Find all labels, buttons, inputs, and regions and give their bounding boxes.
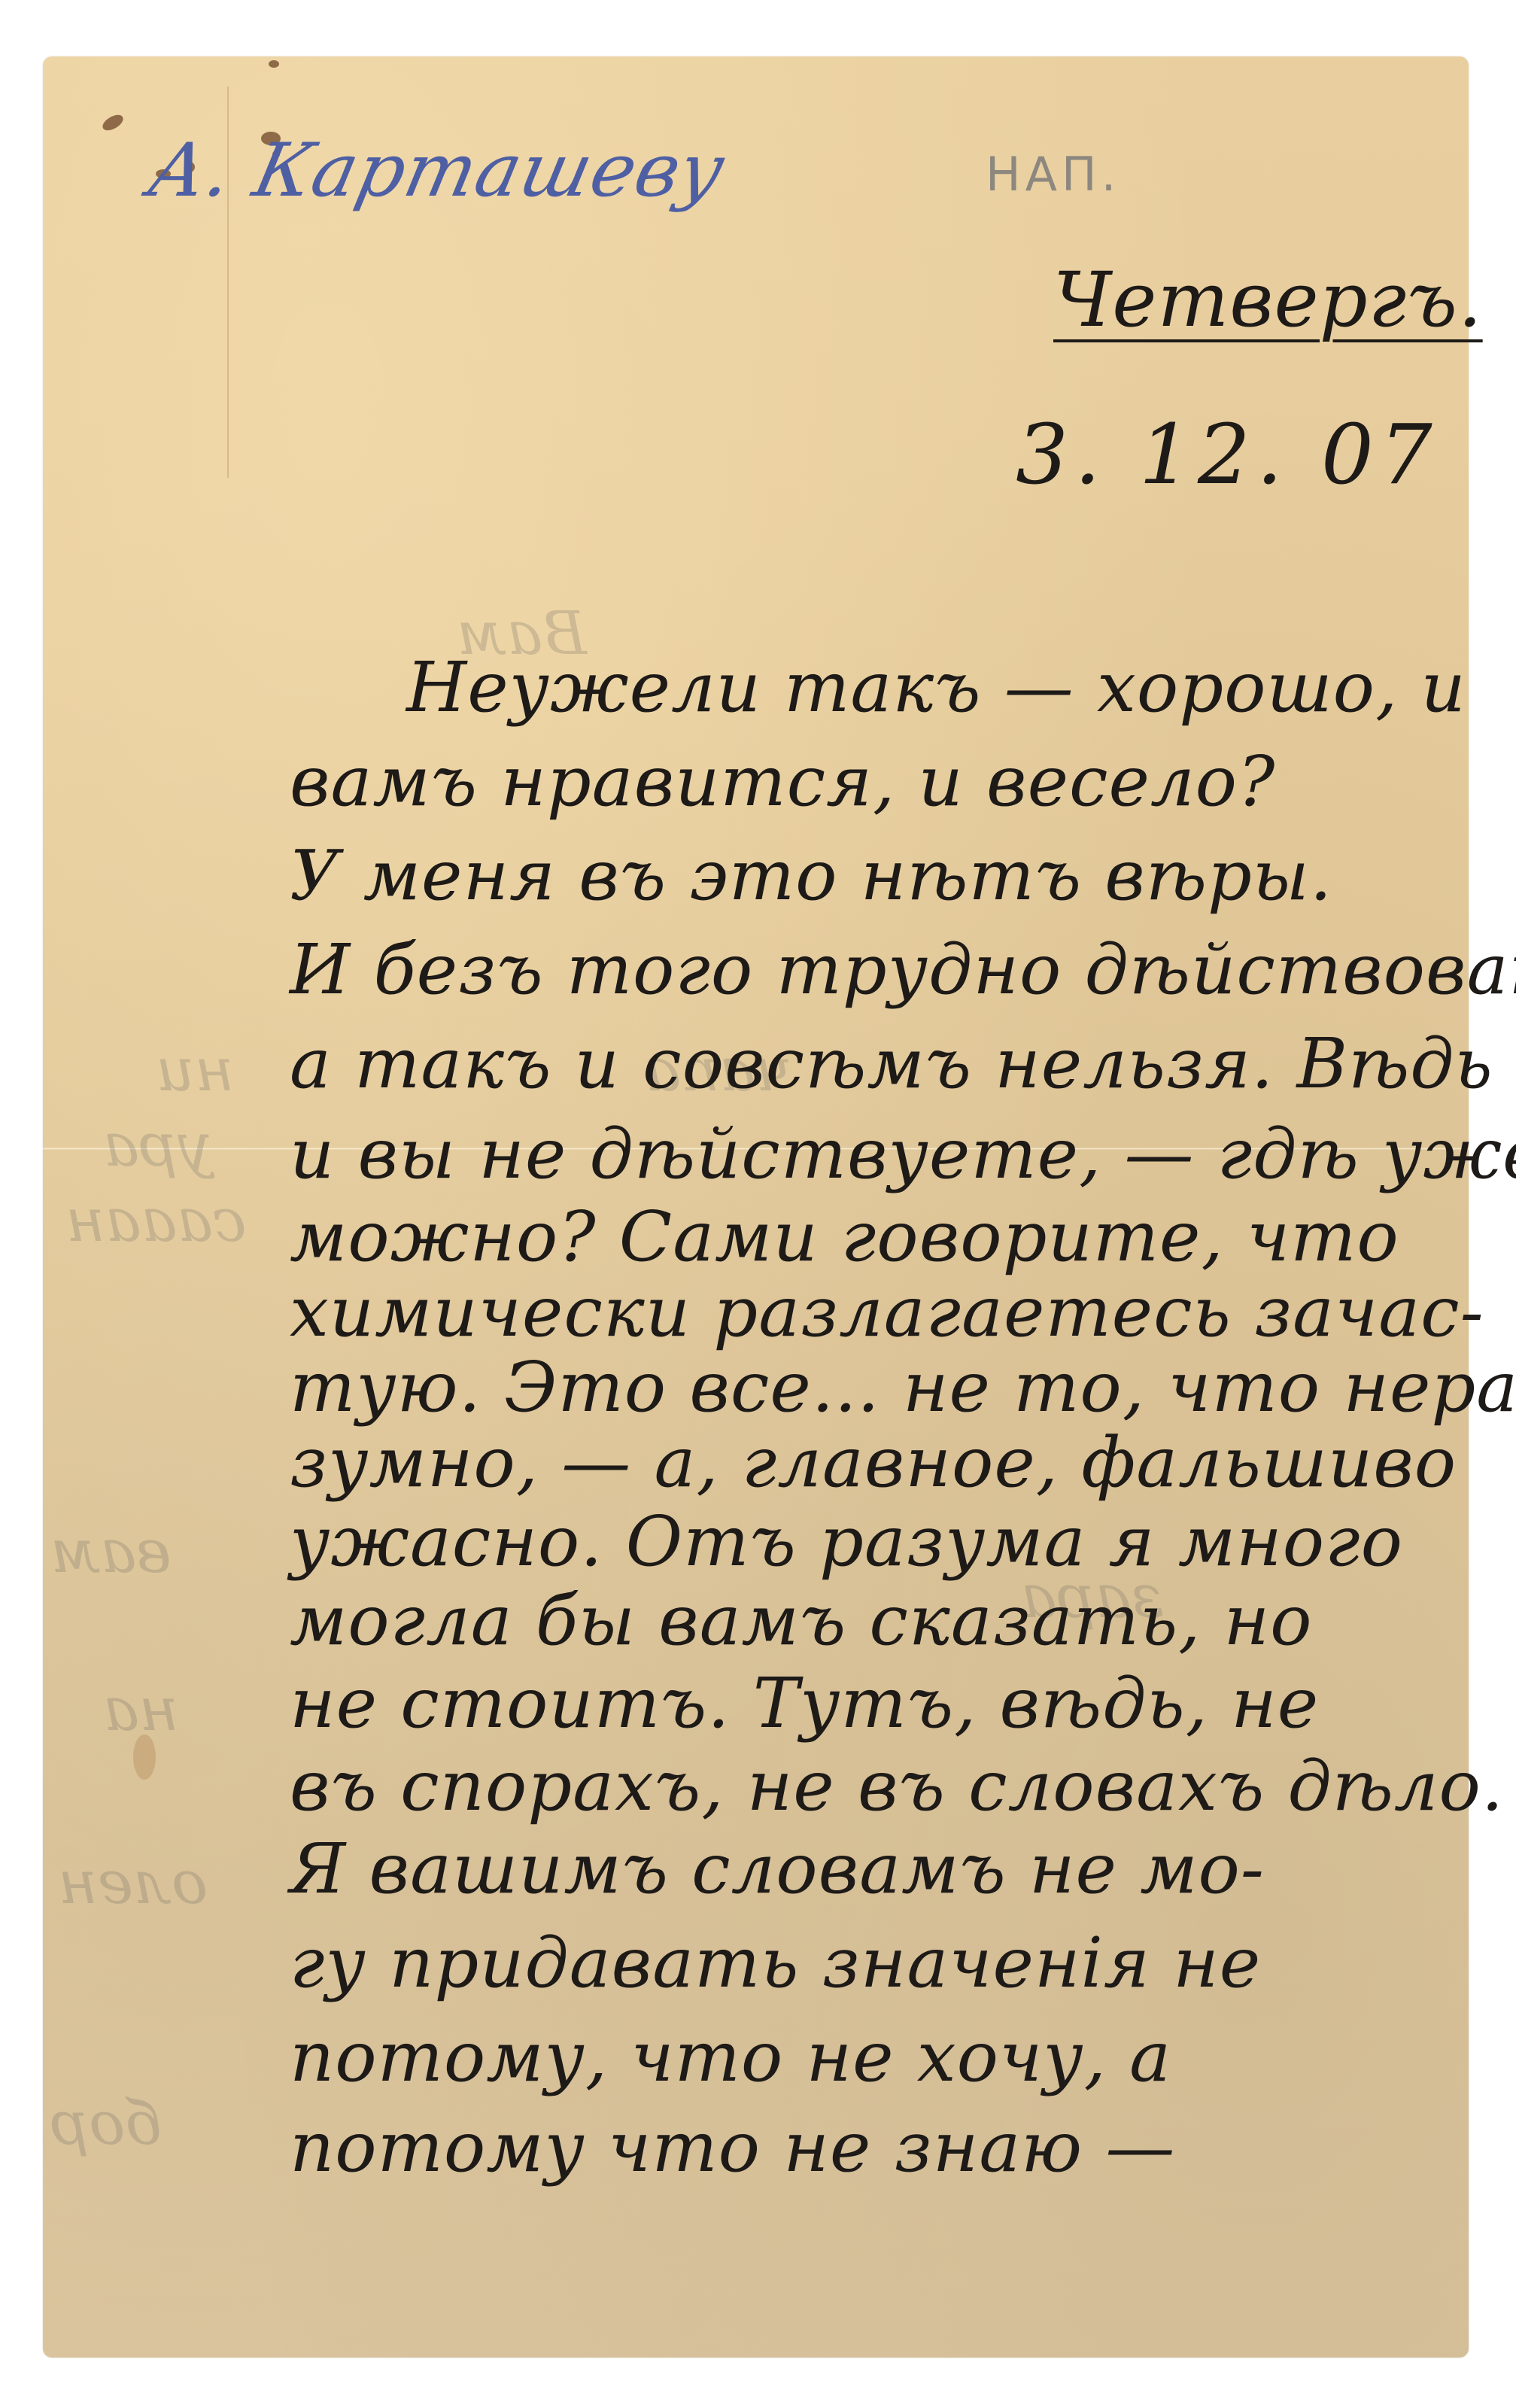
body-line: потому, что не хочу, а <box>290 2017 1171 2097</box>
letter-weekday: Четвергъ. <box>1053 256 1483 344</box>
body-line: зумно, — а, главное, фальшиво <box>290 1422 1457 1503</box>
bleed-through-text: ура <box>103 1110 212 1180</box>
bleed-through-text: сааан <box>65 1185 247 1255</box>
body-line: и вы не дѣйствуете, — гдѣ уже <box>290 1114 1516 1194</box>
body-line: въ спорахъ, не въ словахъ дѣло. <box>290 1746 1504 1826</box>
body-line: У меня въ это нѣтъ вѣры. <box>290 835 1332 916</box>
body-line: химически разлагаетесь зачас- <box>290 1272 1484 1352</box>
body-line: не стоитъ. Тутъ, вѣдь, не <box>290 1663 1319 1744</box>
letter-date: 3. 12. 07 <box>1016 406 1439 503</box>
body-line: могла бы вамъ сказать, но <box>290 1580 1313 1661</box>
body-line: вамъ нравится, и весело? <box>290 741 1275 822</box>
body-line: гу придавать значенія не <box>290 1923 1261 2003</box>
body-line: потому что не знаю — <box>290 2107 1175 2188</box>
ink-stain <box>100 112 126 134</box>
body-line: а такъ и совсѣмъ нельзя. Вѣдь <box>290 1023 1493 1104</box>
archive-mark: НАП. <box>986 147 1120 202</box>
body-line: тую. Это все... не то, что нера- <box>290 1347 1516 1427</box>
body-line: можно? Сами говорите, что <box>290 1196 1399 1277</box>
bleed-through-text: ни <box>156 1035 234 1105</box>
addressee-inscription: А. Карташеву <box>141 128 733 214</box>
body-line: Неужели такъ — хорошо, и <box>406 647 1466 728</box>
bleed-through-text: на <box>103 1674 178 1744</box>
ink-stain <box>269 60 279 68</box>
body-line: ужасно. Отъ разума я много <box>290 1501 1403 1582</box>
bleed-through-text: вам <box>50 1516 172 1586</box>
body-line: И безъ того трудно дѣйствовать, <box>290 929 1516 1010</box>
bleed-through-text: бор <box>50 2088 162 2158</box>
bleed-through-text: олен <box>58 1847 208 1917</box>
body-line: Я вашимъ словамъ не мо- <box>290 1829 1265 1909</box>
